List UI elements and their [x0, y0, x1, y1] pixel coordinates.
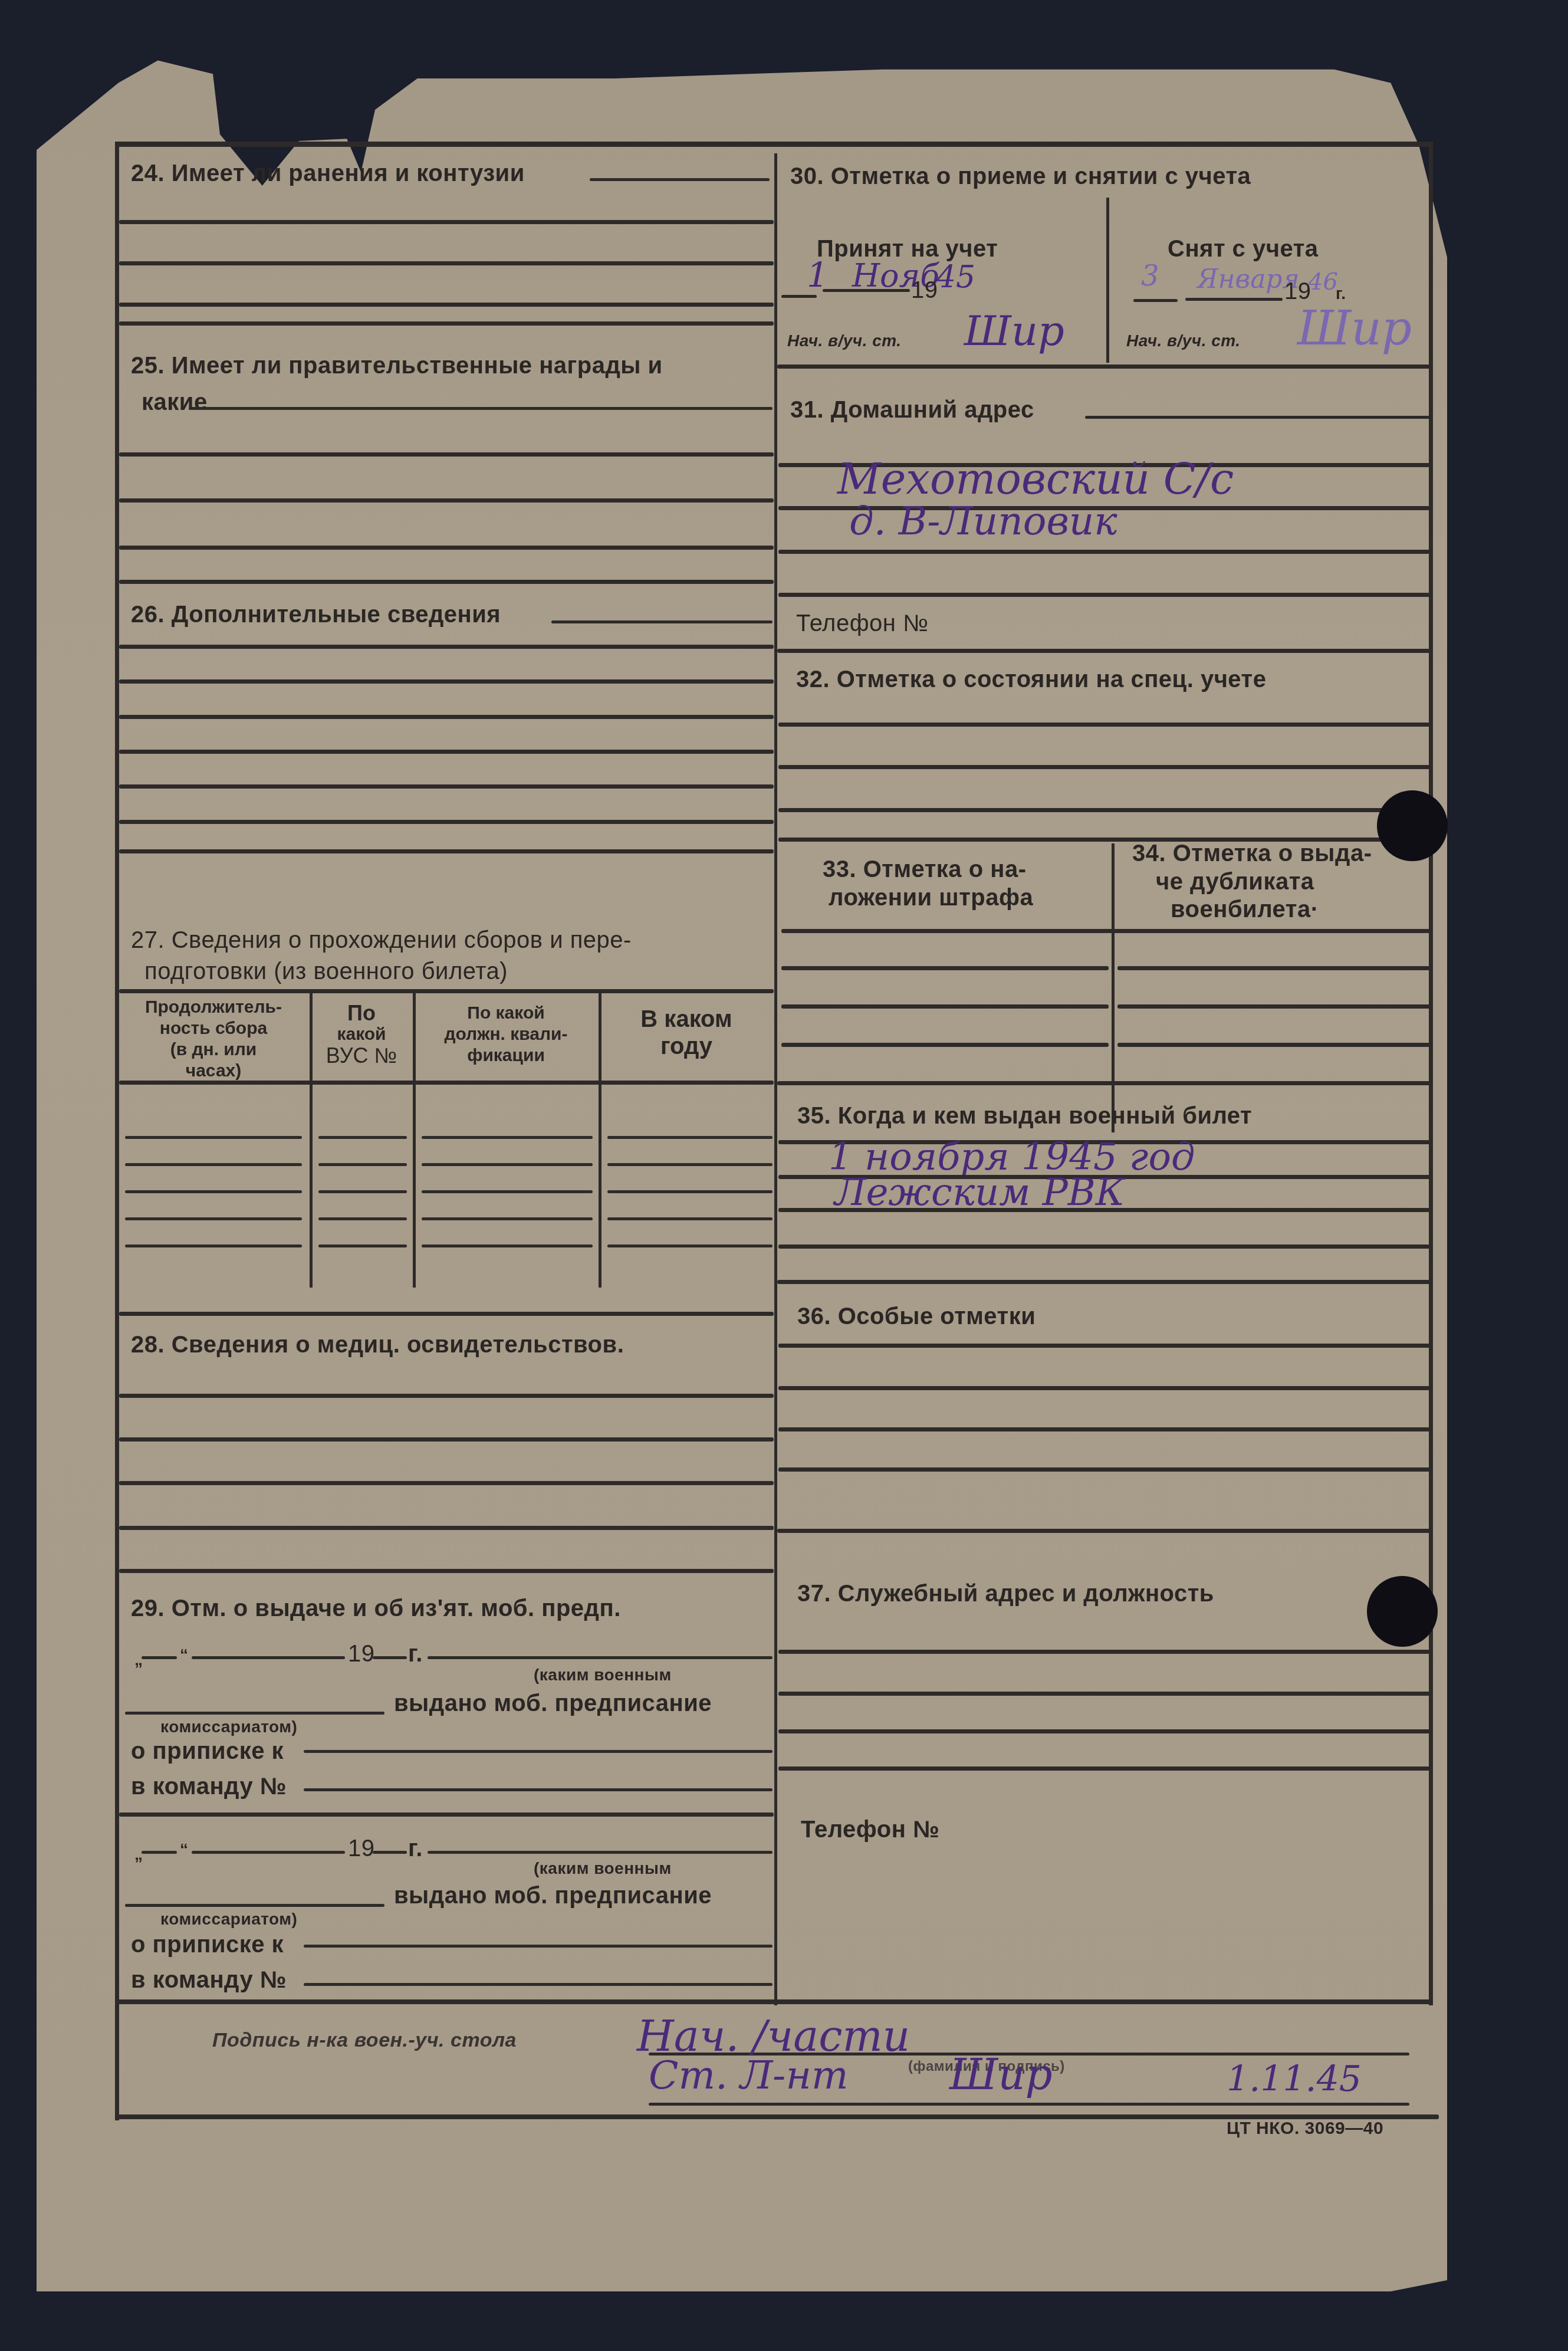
field-25-input[interactable]	[189, 407, 773, 410]
table-cell[interactable]	[318, 1163, 407, 1166]
field-33-label-2: ложении штрафа	[829, 885, 1033, 911]
address-input[interactable]	[1085, 416, 1430, 419]
table-cell[interactable]	[422, 1245, 593, 1247]
team-number-input[interactable]	[304, 1788, 773, 1791]
form-left-border	[115, 142, 119, 2120]
field-32-line[interactable]	[778, 765, 1430, 769]
field-31-bottom	[777, 649, 1432, 653]
field-26-label: 26. Дополнительные сведения	[131, 602, 501, 628]
day-input[interactable]	[142, 1851, 177, 1854]
month-input[interactable]	[192, 1656, 345, 1659]
field-35-bottom	[777, 1280, 1432, 1284]
field-36-bottom	[777, 1529, 1432, 1533]
field-25-line[interactable]	[119, 546, 774, 550]
field-25-label: 25. Имеет ли правительственные награды и	[131, 353, 663, 379]
signature-mark: Шир	[949, 2050, 1053, 2099]
commissariat-input[interactable]	[428, 1656, 773, 1659]
duplicate-line[interactable]	[1117, 1043, 1430, 1047]
table-cell[interactable]	[422, 1163, 593, 1166]
form-top-border	[115, 142, 1433, 147]
print-code: ЦТ НКО. 3069—40	[1227, 2119, 1383, 2139]
field-24-line[interactable]	[119, 261, 774, 265]
table-row[interactable]	[125, 1217, 302, 1220]
table-row[interactable]	[125, 1245, 302, 1247]
table-cell[interactable]	[607, 1190, 773, 1193]
punch-hole	[1367, 1576, 1438, 1647]
field-27-label-2: подготовки (из военного билета)	[144, 958, 508, 985]
address-line[interactable]	[778, 550, 1430, 554]
field-28-bottom	[119, 1569, 774, 1573]
form-right-border	[1429, 142, 1433, 2005]
table-cell[interactable]	[318, 1190, 407, 1193]
field-34-label-3: военбилета·	[1171, 897, 1319, 923]
field-24-label: 24. Имеет ли ранения и контузии	[131, 160, 525, 187]
field-36-line[interactable]	[778, 1467, 1430, 1472]
date-underline	[781, 295, 817, 298]
field-35-line[interactable]	[778, 1208, 1430, 1212]
column-header-year: В какомгоду	[600, 1006, 773, 1060]
field-26-line[interactable]	[119, 645, 774, 649]
column-header-vus: ПокакойВУС №	[311, 1003, 412, 1066]
field-25-bottom	[119, 580, 774, 584]
field-33-34-bottom	[777, 1081, 1432, 1085]
field-37-line[interactable]	[778, 1650, 1430, 1654]
table-cell[interactable]	[607, 1217, 773, 1220]
address-value-2[interactable]: д. В-Липовик	[849, 498, 1117, 544]
address-line[interactable]	[778, 593, 1430, 597]
date-underline	[1133, 299, 1178, 302]
field-36-line[interactable]	[778, 1344, 1430, 1348]
work-phone-label: Телефон №	[801, 1817, 939, 1843]
phone-label: Телефон №	[796, 610, 928, 637]
removed-day[interactable]: 3	[1141, 260, 1159, 293]
field-28-line[interactable]	[119, 1394, 774, 1398]
field-25-line[interactable]	[119, 452, 774, 457]
field-36-line[interactable]	[778, 1386, 1430, 1390]
field-36-line[interactable]	[778, 1427, 1430, 1431]
field-37-line[interactable]	[778, 1729, 1430, 1733]
fine-line[interactable]	[781, 1004, 1109, 1009]
field-28-label: 28. Сведения о медиц. освидетельствов.	[131, 1332, 624, 1358]
signature-underline	[649, 2103, 1409, 2106]
field-32-line[interactable]	[778, 808, 1430, 812]
fine-line[interactable]	[781, 966, 1109, 970]
field-28-line[interactable]	[119, 1481, 774, 1485]
month-input[interactable]	[192, 1851, 345, 1854]
field-36-label: 36. Особые отметки	[797, 1303, 1036, 1330]
column-divider	[774, 153, 777, 2005]
table-row[interactable]	[125, 1163, 302, 1166]
table-cell[interactable]	[422, 1136, 593, 1139]
field-29-label: 29. Отм. о выдаче и об из'ят. моб. предп…	[131, 1595, 621, 1622]
field-27-header-top	[119, 989, 774, 993]
field-26-bottom	[119, 849, 774, 853]
table-row[interactable]	[125, 1190, 302, 1193]
table-cell[interactable]	[422, 1217, 593, 1220]
table-cell[interactable]	[607, 1245, 773, 1247]
signature-label: Подпись н-ка воен.-уч. стола	[212, 2029, 517, 2052]
field-27-header-bottom	[119, 1081, 774, 1085]
field-26-line[interactable]	[119, 784, 774, 789]
address-value-1[interactable]: Мехотовский С/с	[837, 454, 1234, 504]
field-33-34-header-bottom	[781, 929, 1430, 933]
field-37-label: 37. Служебный адрес и должность	[797, 1581, 1214, 1607]
field-31-label: 31. Домашний адрес	[790, 397, 1034, 423]
field-26-line[interactable]	[119, 715, 774, 719]
field-37-line[interactable]	[778, 1692, 1430, 1696]
assignment-input[interactable]	[304, 1750, 773, 1753]
field-30-bottom	[777, 365, 1432, 369]
table-cell[interactable]	[422, 1190, 593, 1193]
day-input[interactable]	[142, 1656, 177, 1659]
table-cell[interactable]	[607, 1163, 773, 1166]
field-24-input[interactable]	[590, 178, 770, 181]
table-cell[interactable]	[318, 1217, 407, 1220]
table-row[interactable]	[125, 1136, 302, 1139]
field-27-label: 27. Сведения о прохождении сборов и пере…	[131, 927, 632, 954]
commissariat-input[interactable]	[428, 1851, 773, 1854]
column-header-position: По какойдолжн. квали-фикации	[415, 1003, 597, 1066]
field-26-line[interactable]	[119, 750, 774, 754]
assignment-input[interactable]	[304, 1945, 773, 1948]
commissariat-input-2[interactable]	[125, 1904, 384, 1907]
field-33-34-divider	[1112, 843, 1115, 1132]
punch-hole	[1377, 790, 1448, 861]
field-26-line[interactable]	[119, 679, 774, 684]
team-number-input[interactable]	[304, 1983, 773, 1986]
table-cell[interactable]	[607, 1136, 773, 1139]
signature-band-top	[115, 1999, 1433, 2004]
field-25-label-2: какие	[142, 389, 208, 416]
duplicate-line[interactable]	[1117, 966, 1430, 970]
date-underline	[1185, 298, 1283, 301]
field-27-bottom	[119, 1312, 774, 1316]
accepted-signature: Шир	[964, 307, 1064, 355]
field-24-line[interactable]	[119, 220, 774, 224]
fine-line[interactable]	[781, 1043, 1109, 1047]
field-35-label: 35. Когда и кем выдан военный билет	[797, 1103, 1252, 1129]
signature-date: 1.11.45	[1227, 2058, 1362, 2100]
field-24-line[interactable]	[119, 303, 774, 307]
table-cell[interactable]	[318, 1136, 407, 1139]
field-37-line[interactable]	[778, 1766, 1430, 1771]
field-28-line[interactable]	[119, 1526, 774, 1530]
removed-year[interactable]: 46	[1308, 268, 1338, 295]
field-25-line[interactable]	[119, 498, 774, 503]
year-input[interactable]	[373, 1851, 407, 1854]
commissariat-input-2[interactable]	[125, 1712, 384, 1715]
field-32-line[interactable]	[778, 723, 1430, 727]
field-30-label: 30. Отметка о приеме и снятии с учета	[790, 163, 1251, 190]
duplicate-line[interactable]	[1117, 1004, 1430, 1009]
removed-signature: Шир	[1297, 301, 1412, 356]
field-33-label: 33. Отметка о на-	[823, 856, 1026, 883]
field-34-label-2: че дубликата	[1156, 869, 1314, 895]
field-32-label: 32. Отметка о состоянии на спец. учете	[796, 666, 1266, 693]
field-26-input[interactable]	[551, 620, 773, 623]
field-24-bottom	[119, 321, 774, 326]
field-28-line[interactable]	[119, 1437, 774, 1442]
year-input[interactable]	[373, 1656, 407, 1659]
field-30-divider	[1106, 198, 1109, 363]
accepted-year[interactable]: 45	[936, 260, 975, 295]
field-34-label: 34. Отметка о выда-	[1132, 840, 1372, 867]
table-cell[interactable]	[318, 1245, 407, 1247]
field-35-line[interactable]	[778, 1245, 1430, 1249]
signature-rank: Ст. Л-нт	[649, 2053, 848, 2098]
field-26-line[interactable]	[119, 820, 774, 824]
column-header-duration: Продолжитель-ность сбора(в дн. иличасах)	[119, 997, 308, 1082]
date-underline	[823, 289, 910, 292]
field-29-divider	[119, 1812, 774, 1817]
